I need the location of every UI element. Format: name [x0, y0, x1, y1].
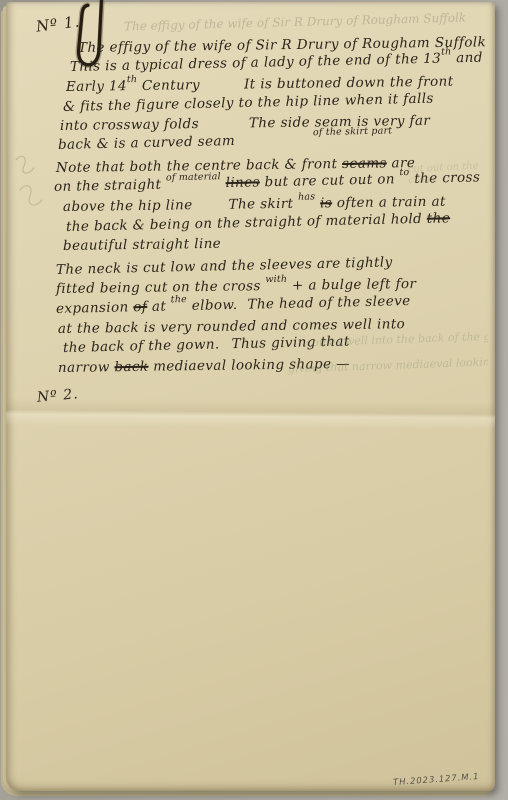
word-gap	[193, 208, 229, 209]
handwriting-text: Early 14	[66, 78, 127, 95]
inserted-word: the	[171, 290, 188, 309]
word-gap	[200, 89, 244, 90]
handwriting-text: often a train at	[332, 193, 446, 211]
inserted-word: th	[441, 42, 452, 61]
handwriting-text: at	[147, 299, 171, 316]
inserted-word: to	[399, 163, 409, 182]
struck-word: the	[427, 210, 451, 227]
catalog-number: TH.2023.127.M.1	[392, 772, 479, 788]
handwriting-text: the cross	[409, 169, 480, 187]
handwritten-text-block: The effigy of the wife of Sir R Drury of…	[50, 39, 489, 378]
inserted-word: of the skirt part	[313, 122, 393, 143]
handwriting-text: + a bulge left for	[287, 276, 416, 294]
handwriting-text: fitted being cut on the cross	[56, 278, 266, 297]
word-gap	[199, 128, 249, 129]
struck-word: of	[133, 299, 147, 315]
fold-crease	[6, 398, 495, 430]
inserted-word: of material	[166, 167, 221, 187]
handwriting-text: Century	[137, 77, 200, 94]
word-gap	[235, 144, 313, 146]
inserted-word: has	[298, 187, 316, 206]
handwriting-text: mediaeval looking shape —	[148, 355, 350, 374]
handwriting-text: and	[451, 50, 483, 67]
photo-background: Nº 1. The effigy of the wife of Sir R Dr…	[0, 0, 508, 800]
handwriting-text: The neck is cut low and the sleeves are …	[56, 254, 393, 278]
handwriting-text: into crossway folds	[60, 116, 199, 134]
struck-word: back	[114, 358, 148, 374]
handwriting-text: the back of the gown.	[63, 337, 220, 357]
handwriting-text: but are cut out on	[260, 171, 400, 190]
manuscript-page: Nº 1. The effigy of the wife of Sir R Dr…	[6, 2, 495, 791]
handwriting-text: above the hip line	[63, 197, 193, 215]
handwriting-text: Thus giving that	[231, 334, 349, 353]
handwriting-text: The head of the sleeve	[247, 293, 410, 313]
inserted-word: th	[127, 70, 138, 89]
handwriting-text: elbow.	[187, 297, 238, 314]
inserted-word: with	[265, 270, 287, 289]
struck-word: seams	[342, 155, 387, 172]
ghost-text-fragment: The effigy of the wife of Sir R Drury of…	[124, 11, 466, 34]
handwriting-text: The skirt	[228, 195, 298, 212]
handwriting-text: on the straight	[54, 176, 166, 195]
handwriting-text: beautiful straight line	[63, 236, 221, 254]
struck-word: is	[320, 195, 332, 211]
struck-word: lines	[225, 174, 260, 191]
handwriting-text: expansion	[56, 299, 134, 317]
section-number-2: Nº 2.	[36, 386, 79, 406]
margin-scribble	[8, 142, 54, 226]
handwriting-text: back & is a curved seam	[58, 133, 235, 153]
handwriting-text: narrow	[58, 359, 115, 376]
